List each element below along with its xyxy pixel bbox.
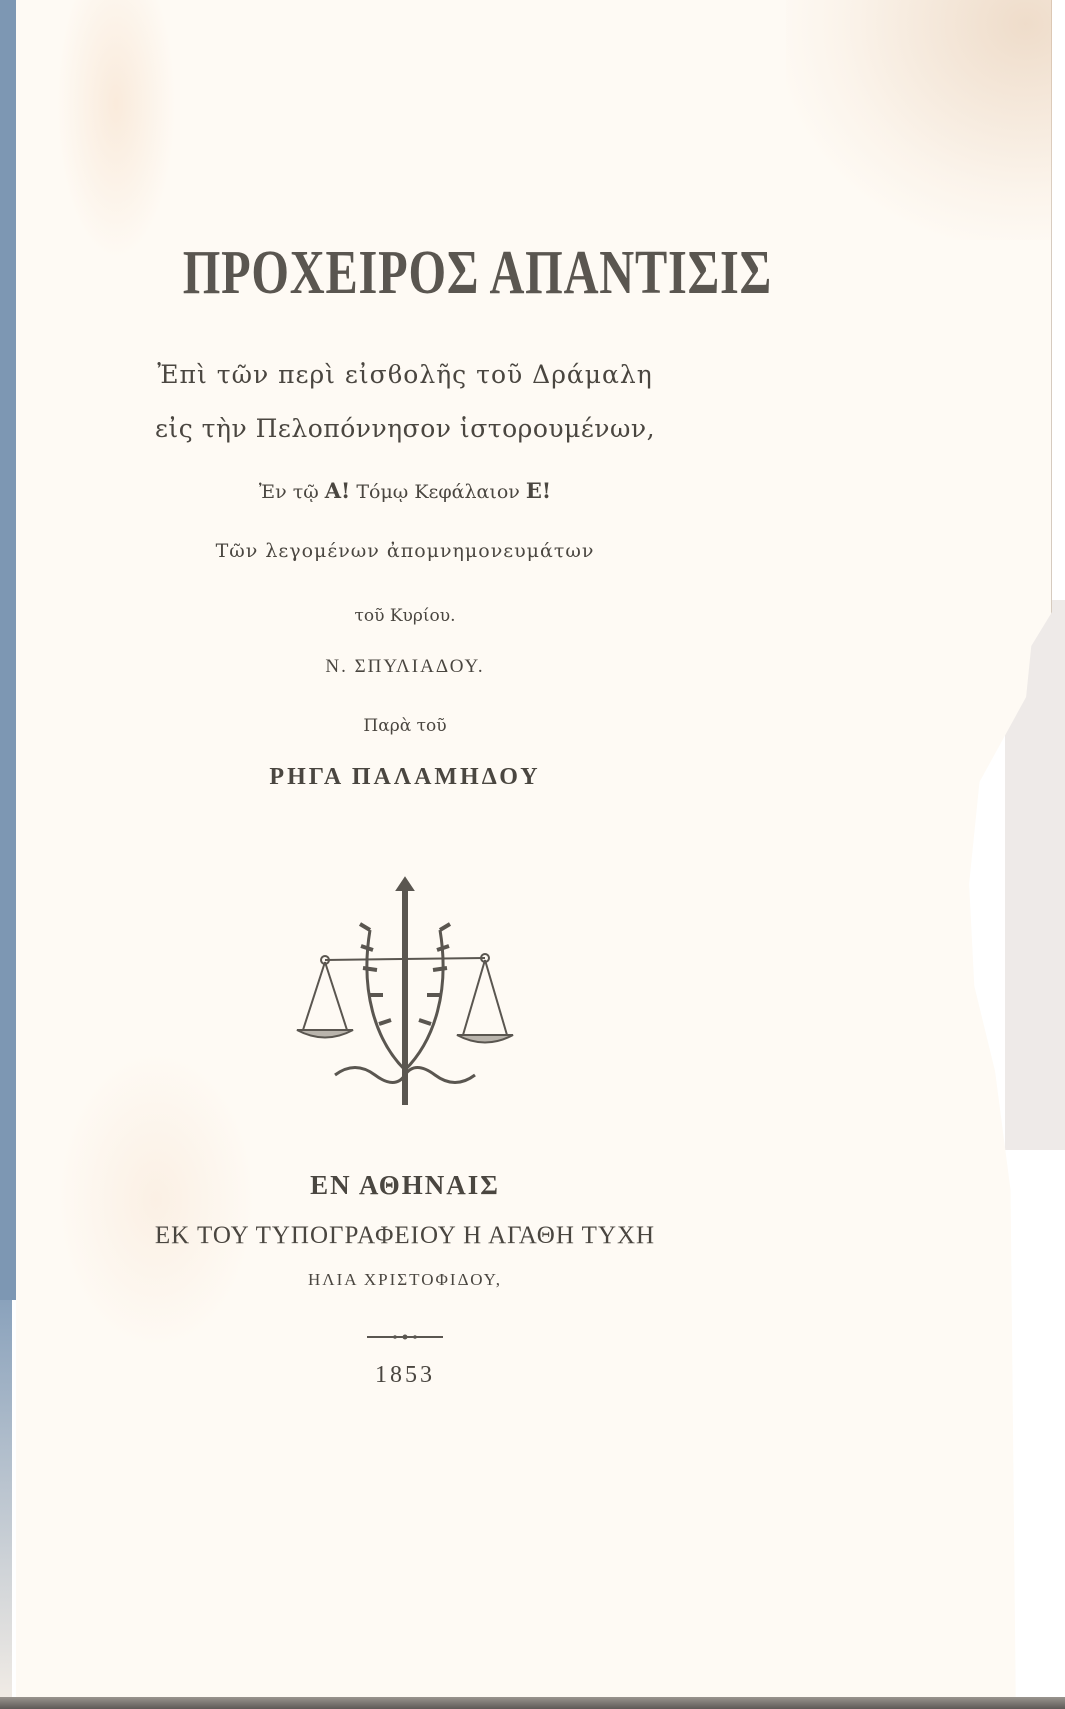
subtitle-line-5: τοῦ Κυρίου. xyxy=(120,606,690,626)
volume-number: Α! xyxy=(325,478,351,503)
scales-of-justice-icon xyxy=(285,870,525,1110)
subtitle-line-3: Ἐν τῷ Α! Τόμῳ Κεφάλαιον Ε! xyxy=(120,478,690,503)
by-line: Παρὰ τοῦ xyxy=(120,716,690,736)
chapter-prefix: Τόμῳ Κεφάλαιον xyxy=(356,481,519,503)
imprint-place: ΕΝ ΑΘΗΝΑΙΣ xyxy=(120,1170,690,1201)
author-name: ΡΗΓΑ ΠΑΛΑΜΗΔΟΥ xyxy=(120,764,690,791)
ornamental-rule-icon xyxy=(365,1334,445,1340)
cover-edge xyxy=(0,1300,12,1709)
volume-prefix: Ἐν τῷ xyxy=(259,481,319,503)
imprint-printer: ΕΚ ΤΟΥ ΤΥΠΟΓΡΑΦΕΙΟΥ Η ΑΓΑΘΗ ΤΥΧΗ xyxy=(120,1222,690,1250)
scanner-bottom-edge xyxy=(0,1697,1065,1709)
publication-year: 1853 xyxy=(120,1362,690,1389)
imprint-proprietor: ΗΛΙΑ ΧΡΙΣΤΟΦΙΔΟΥ, xyxy=(120,1270,690,1290)
chapter-number: Ε! xyxy=(526,478,551,503)
subtitle-line-4: Τῶν λεγομένων ἀπομνημονευμάτων xyxy=(120,540,690,562)
subtitle-line-2: εἰς τὴν Πελοπόννησον ἱστορουμένων, xyxy=(120,414,690,443)
subtitle-line-1: Ἐπὶ τῶν περὶ εἰσϐολῆς τοῦ Δράμαλη xyxy=(120,360,690,389)
foxing-stain xyxy=(56,0,176,260)
cited-author: Ν. ΣΠΥΛΙΑΔΟΥ. xyxy=(120,656,690,678)
water-stain xyxy=(786,0,1065,240)
book-title: ΠΡΟΧΕΙΡΟΣ ΑΠΑΝΤΙΣΙΣ xyxy=(183,238,628,309)
